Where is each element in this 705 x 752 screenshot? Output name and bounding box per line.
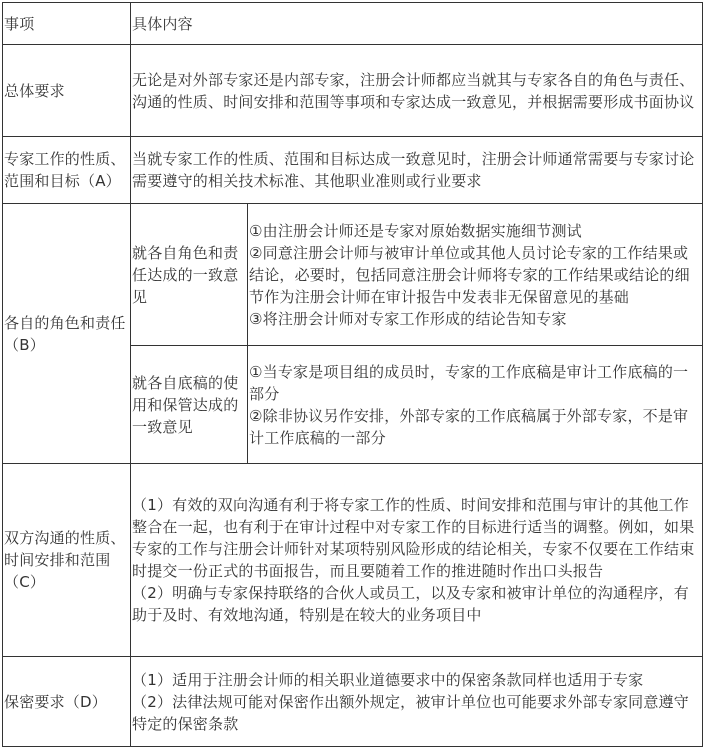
list-item: ②除非协议另作安排，外部专家的工作底稿属于外部专家，不是审计工作底稿的一部分 xyxy=(249,405,701,449)
list-item: （1）有效的双向沟通有利于将专家工作的性质、时间安排和范围与审计的其他工作整合在… xyxy=(132,494,701,582)
list-item: ①当专家是项目组的成员时，专家的工作底稿是审计工作底稿的一部分 xyxy=(249,361,701,405)
row-content: （1）有效的双向沟通有利于将专家工作的性质、时间安排和范围与审计的其他工作整合在… xyxy=(131,464,703,657)
list-item: （1）适用于注册会计师的相关职业道德要求中的保密条款同样也适用于专家 xyxy=(132,669,701,691)
list-item: ③将注册会计师对专家工作形成的结论告知专家 xyxy=(249,308,701,330)
row-content: 无论是对外部专家还是内部专家，注册会计师都应当就其与专家各自的角色与责任、沟通的… xyxy=(131,45,703,137)
row-label: 各自的角色和责任（B） xyxy=(3,204,131,464)
table-row-nature: 专家工作的性质、范围和目标（A） 当就专家工作的性质、范围和目标达成一致意见时，… xyxy=(3,137,703,204)
row-content: 当就专家工作的性质、范围和目标达成一致意见时，注册会计师通常需要与专家讨论需要遵… xyxy=(131,137,703,204)
list-item: ②同意注册会计师与被审计单位或其他人员讨论专家的工作结果或结论，必要时，包括同意… xyxy=(249,242,701,308)
sub-label: 就各自角色和责任达成的一致意见 xyxy=(131,204,248,346)
header-item: 事项 xyxy=(3,3,131,45)
row-label: 保密要求（D） xyxy=(3,657,131,747)
row-content: （1）适用于注册会计师的相关职业道德要求中的保密条款同样也适用于专家 （2）法律… xyxy=(131,657,703,747)
table-row-communication: 双方沟通的性质、时间安排和范围（C） （1）有效的双向沟通有利于将专家工作的性质… xyxy=(3,464,703,657)
expert-agreement-table: 事项 具体内容 总体要求 无论是对外部专家还是内部专家，注册会计师都应当就其与专… xyxy=(2,2,703,747)
header-row: 事项 具体内容 xyxy=(3,3,703,45)
table-row-general: 总体要求 无论是对外部专家还是内部专家，注册会计师都应当就其与专家各自的角色与责… xyxy=(3,45,703,137)
list-item: （2）明确与专家保持联络的合伙人或员工，以及专家和被审计单位的沟通程序，有助于及… xyxy=(132,582,701,626)
list-item: ①由注册会计师还是专家对原始数据实施细节测试 xyxy=(249,220,701,242)
list-item: （2）法律法规可能对保密作出额外规定，被审计单位也可能要求外部专家同意遵守特定的… xyxy=(132,691,701,735)
sub-content: ①当专家是项目组的成员时，专家的工作底稿是审计工作底稿的一部分 ②除非协议另作安… xyxy=(248,346,703,464)
row-label: 专家工作的性质、范围和目标（A） xyxy=(3,137,131,204)
table-row-roles: 各自的角色和责任（B） 就各自角色和责任达成的一致意见 ①由注册会计师还是专家对… xyxy=(3,204,703,346)
row-label: 总体要求 xyxy=(3,45,131,137)
sub-content: ①由注册会计师还是专家对原始数据实施细节测试 ②同意注册会计师与被审计单位或其他… xyxy=(248,204,703,346)
table-row-confidentiality: 保密要求（D） （1）适用于注册会计师的相关职业道德要求中的保密条款同样也适用于… xyxy=(3,657,703,747)
sub-label: 就各自底稿的使用和保管达成的一致意见 xyxy=(131,346,248,464)
header-content: 具体内容 xyxy=(131,3,703,45)
row-label: 双方沟通的性质、时间安排和范围（C） xyxy=(3,464,131,657)
